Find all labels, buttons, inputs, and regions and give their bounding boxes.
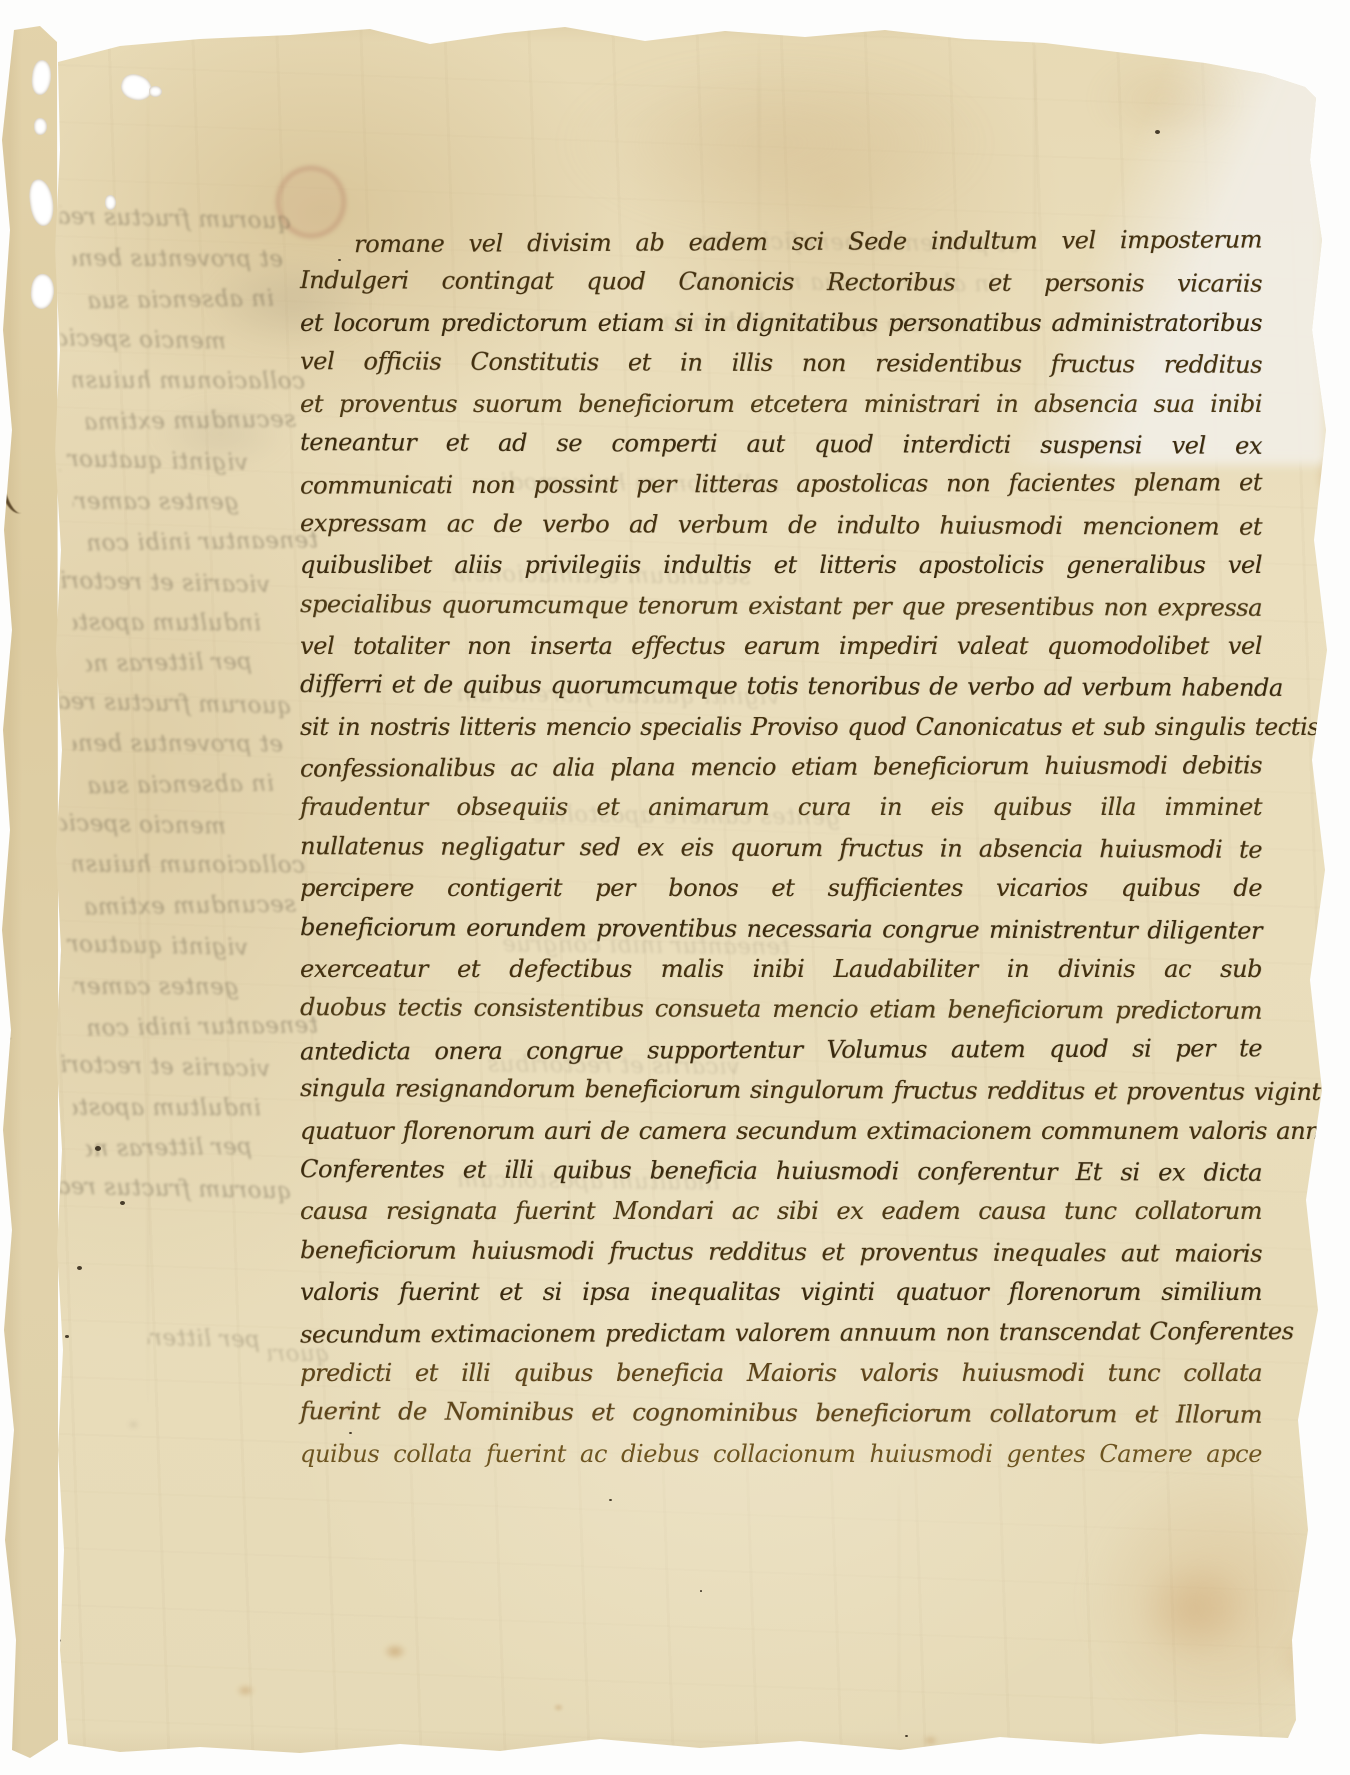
manuscript-line: quibus collata fuerint ac diebus collaci… xyxy=(300,1434,1262,1474)
ink-speck xyxy=(65,1335,69,1338)
bleed-through-line: viginti quatuor florenorum xyxy=(60,446,249,476)
bleed-through-line: secundum extimacionem xyxy=(86,407,296,436)
foxing-stain xyxy=(1090,55,1240,145)
manuscript-line: sit in nostris litteris mencio specialis… xyxy=(300,707,1262,747)
bleed-through-line: et proventus beneficiorum xyxy=(73,246,283,273)
manuscript-line: fuerint de Nominibus et cognominibus ben… xyxy=(300,1391,1262,1435)
manuscript-line: Conferentes et illi quibus beneficia hui… xyxy=(300,1149,1262,1193)
manuscript-line: quatuor florenorum auri de camera secund… xyxy=(300,1111,1262,1151)
manuscript-line: secundum extimacionem predictam valorem … xyxy=(300,1311,1262,1355)
manuscript-line: quibuslibet aliis privilegiis indultis e… xyxy=(300,545,1262,585)
ink-speck xyxy=(700,1590,702,1592)
ink-speck xyxy=(905,1735,908,1737)
foxing-stain xyxy=(383,1643,407,1660)
manuscript-line: exerceatur et defectibus malis inibi Lau… xyxy=(300,949,1262,989)
manuscript-line: expressam ac de verbo ad verbum de indul… xyxy=(300,503,1262,547)
foxing-stain xyxy=(1316,455,1334,499)
bleed-through-line: in absencia sua ministrari xyxy=(86,770,274,799)
bleed-through-line: in absencia sua ministrari xyxy=(86,285,274,314)
bleed-through-line: collacionum huiusmodi xyxy=(73,367,305,394)
manuscript-line: vel totaliter non inserta effectus earum… xyxy=(300,626,1262,666)
manuscript-scan: quorum fructus reddituset proventus bene… xyxy=(0,0,1350,1775)
bleed-through-line: per litteras nostras xyxy=(86,649,252,677)
bleed-through-line: quorum fructus redditus xyxy=(60,688,292,719)
bleed-through-line: teneantur inibi congrue xyxy=(86,528,318,557)
manuscript-line: singula resignandorum beneficiorum singu… xyxy=(300,1068,1262,1112)
manuscript-line: Indulgeri contingat quod Canonicis Recto… xyxy=(300,261,1262,305)
manuscript-line: nullatenus negligatur sed ex eis quorum … xyxy=(300,826,1262,870)
manuscript-line: predicti et illi quibus beneficia Maiori… xyxy=(300,1353,1262,1393)
bleed-through-line: viginti quatuor florenorum xyxy=(60,931,249,961)
bleed-through-line: indultum apostolicum xyxy=(73,610,261,637)
paper-hole xyxy=(34,118,47,135)
ink-speck xyxy=(1155,130,1160,134)
bleed-through-line: quorum fructus redditus xyxy=(60,1173,292,1204)
manuscript-line: confessionalibus ac alia plana mencio et… xyxy=(300,745,1262,789)
manuscript-line: teneantur et ad se comperti aut quod int… xyxy=(300,422,1262,466)
ink-speck xyxy=(609,1499,612,1501)
manuscript-line: valoris fuerint et si ipsa inequalitas v… xyxy=(300,1272,1262,1312)
manuscript-line: beneficiorum eorundem proventibus necess… xyxy=(300,907,1262,951)
manuscript-line: differri et de quibus quorumcumque totis… xyxy=(300,664,1262,708)
manuscript-line: beneficiorum huiusmodi fructus redditus … xyxy=(300,1230,1262,1274)
bleed-through-line: secundum extimacionem xyxy=(86,891,296,920)
ink-speck xyxy=(120,1201,125,1205)
manuscript-line: duobus tectis consistentibus consueta me… xyxy=(300,988,1262,1032)
bleed-through-line: mencio specialis habenda xyxy=(60,325,227,354)
paper-hole xyxy=(149,86,162,97)
bleed-through-line: quorum fructus redditus xyxy=(60,204,292,235)
foxing-stain xyxy=(236,1684,255,1697)
ink-speck xyxy=(77,1266,82,1270)
paper-hole xyxy=(105,195,116,210)
manuscript-text-block: romane vel divisim ab eadem sci Sede ind… xyxy=(300,222,1262,1474)
manuscript-sheet: quorum fructus reddituset proventus bene… xyxy=(0,0,1350,1775)
foxing-stain xyxy=(128,1420,139,1429)
manuscript-line: percipere contigerit per bonos et suffic… xyxy=(300,868,1262,908)
bleed-through-line: per litteras nostras xyxy=(86,1134,252,1162)
bleed-through-line: vicariis et rectoribus xyxy=(60,567,270,597)
bleed-through-line: indultum apostolicum xyxy=(73,1094,261,1121)
manuscript-line: fraudentur obsequiis et animarum cura in… xyxy=(300,787,1262,827)
paper-crease xyxy=(898,1480,900,1740)
bleed-through-line: mencio specialis habenda xyxy=(60,810,227,839)
manuscript-line: antedicta onera congrue supportentur Vol… xyxy=(300,1028,1262,1072)
manuscript-line: communicati non possint per litteras apo… xyxy=(300,463,1262,507)
bleed-through-line: gentes camere apostolice xyxy=(73,973,239,1000)
bleed-through-line: gentes camere apostolice xyxy=(73,489,239,516)
manuscript-line: romane vel divisim ab eadem sci Sede ind… xyxy=(300,219,1262,264)
bleed-through-line: et proventus beneficiorum xyxy=(73,731,283,758)
foxing-stain xyxy=(553,1703,564,1712)
ink-speck xyxy=(95,1146,101,1151)
manuscript-line: causa resignata fuerint Mondari ac sibi … xyxy=(300,1191,1262,1231)
bleed-through-line: per litteras nostras xyxy=(148,1325,260,1353)
verso-ink-stroke xyxy=(0,465,34,516)
bleed-through-line: vicariis et rectoribus xyxy=(60,1052,270,1082)
manuscript-line: et proventus suorum beneficiorum etceter… xyxy=(300,384,1262,424)
manuscript-line: vel officiis Constitutis et in illis non… xyxy=(300,341,1262,385)
foxing-stain xyxy=(1278,1628,1350,1690)
foxing-stain xyxy=(560,58,990,228)
bleed-through-line: collacionum huiusmodi xyxy=(73,852,305,879)
verso-ink-stroke xyxy=(0,1037,19,1067)
manuscript-line: et locorum predictorum etiam si in digni… xyxy=(300,303,1262,343)
manuscript-line: specialibus quorumcumque tenorum existan… xyxy=(300,584,1262,628)
bleed-through-line: teneantur inibi congrue xyxy=(86,1012,318,1041)
foxing-stain xyxy=(1138,1558,1250,1660)
foxing-stain xyxy=(923,1735,938,1746)
